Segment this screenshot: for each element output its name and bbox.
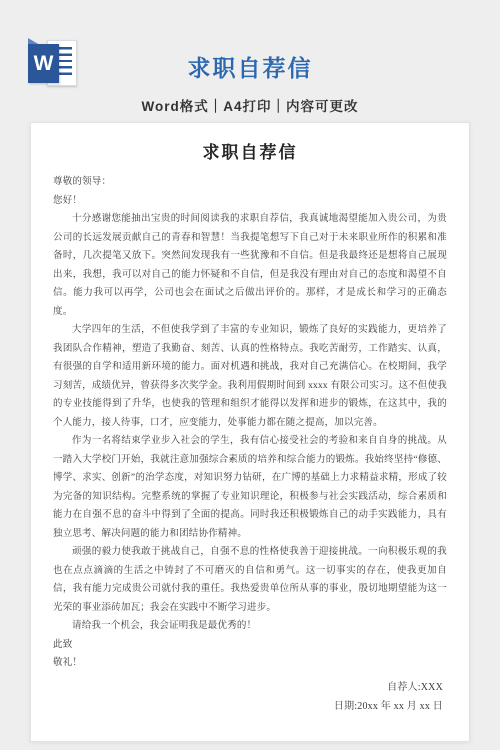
salutation-line: 尊敬的领导：: [53, 173, 447, 192]
greeting-line: 您好！: [53, 192, 447, 211]
paragraph: 请给我一个机会，我会证明我是最优秀的！: [53, 617, 447, 636]
closing-zhici: 此致: [53, 636, 447, 655]
signer-line: 自荐人:XXX: [53, 678, 443, 697]
closing-jingli: 敬礼！: [53, 654, 447, 673]
template-title: 求职自荐信: [0, 50, 500, 83]
paragraph: 大学四年的生活，不但使我学到了丰富的专业知识，锻炼了良好的实践能力，更培养了我团…: [53, 321, 447, 432]
template-header: W 求职自荐信 Word格式｜A4打印｜内容可更改: [0, 0, 500, 122]
paragraph: 顽强的毅力使我敢于挑战自己，自强不息的性格使我善于迎接挑战。一向积极乐观的我也在…: [53, 543, 447, 617]
document-title: 求职自荐信: [53, 141, 447, 165]
document-page: 求职自荐信 尊敬的领导： 您好！ 十分感谢您能抽出宝贵的时间阅读我的求职自荐信，…: [30, 122, 470, 742]
template-subtitle: Word格式｜A4打印｜内容可更改: [0, 95, 500, 115]
paragraph: 作为一名将结束学业步入社会的学生，我有信心接受社会的考验和来自自身的挑战。从一踏…: [53, 432, 447, 543]
paragraph: 十分感谢您能抽出宝贵的时间阅读我的求职自荐信，我真诚地渴望能加入贵公司，为贵公司…: [53, 210, 447, 321]
document-body: 尊敬的领导： 您好！ 十分感谢您能抽出宝贵的时间阅读我的求职自荐信，我真诚地渴望…: [53, 173, 447, 716]
date-line: 日期:20xx 年 xx 月 xx 日: [53, 697, 443, 716]
signature-block: 自荐人:XXX 日期:20xx 年 xx 月 xx 日: [53, 678, 447, 716]
